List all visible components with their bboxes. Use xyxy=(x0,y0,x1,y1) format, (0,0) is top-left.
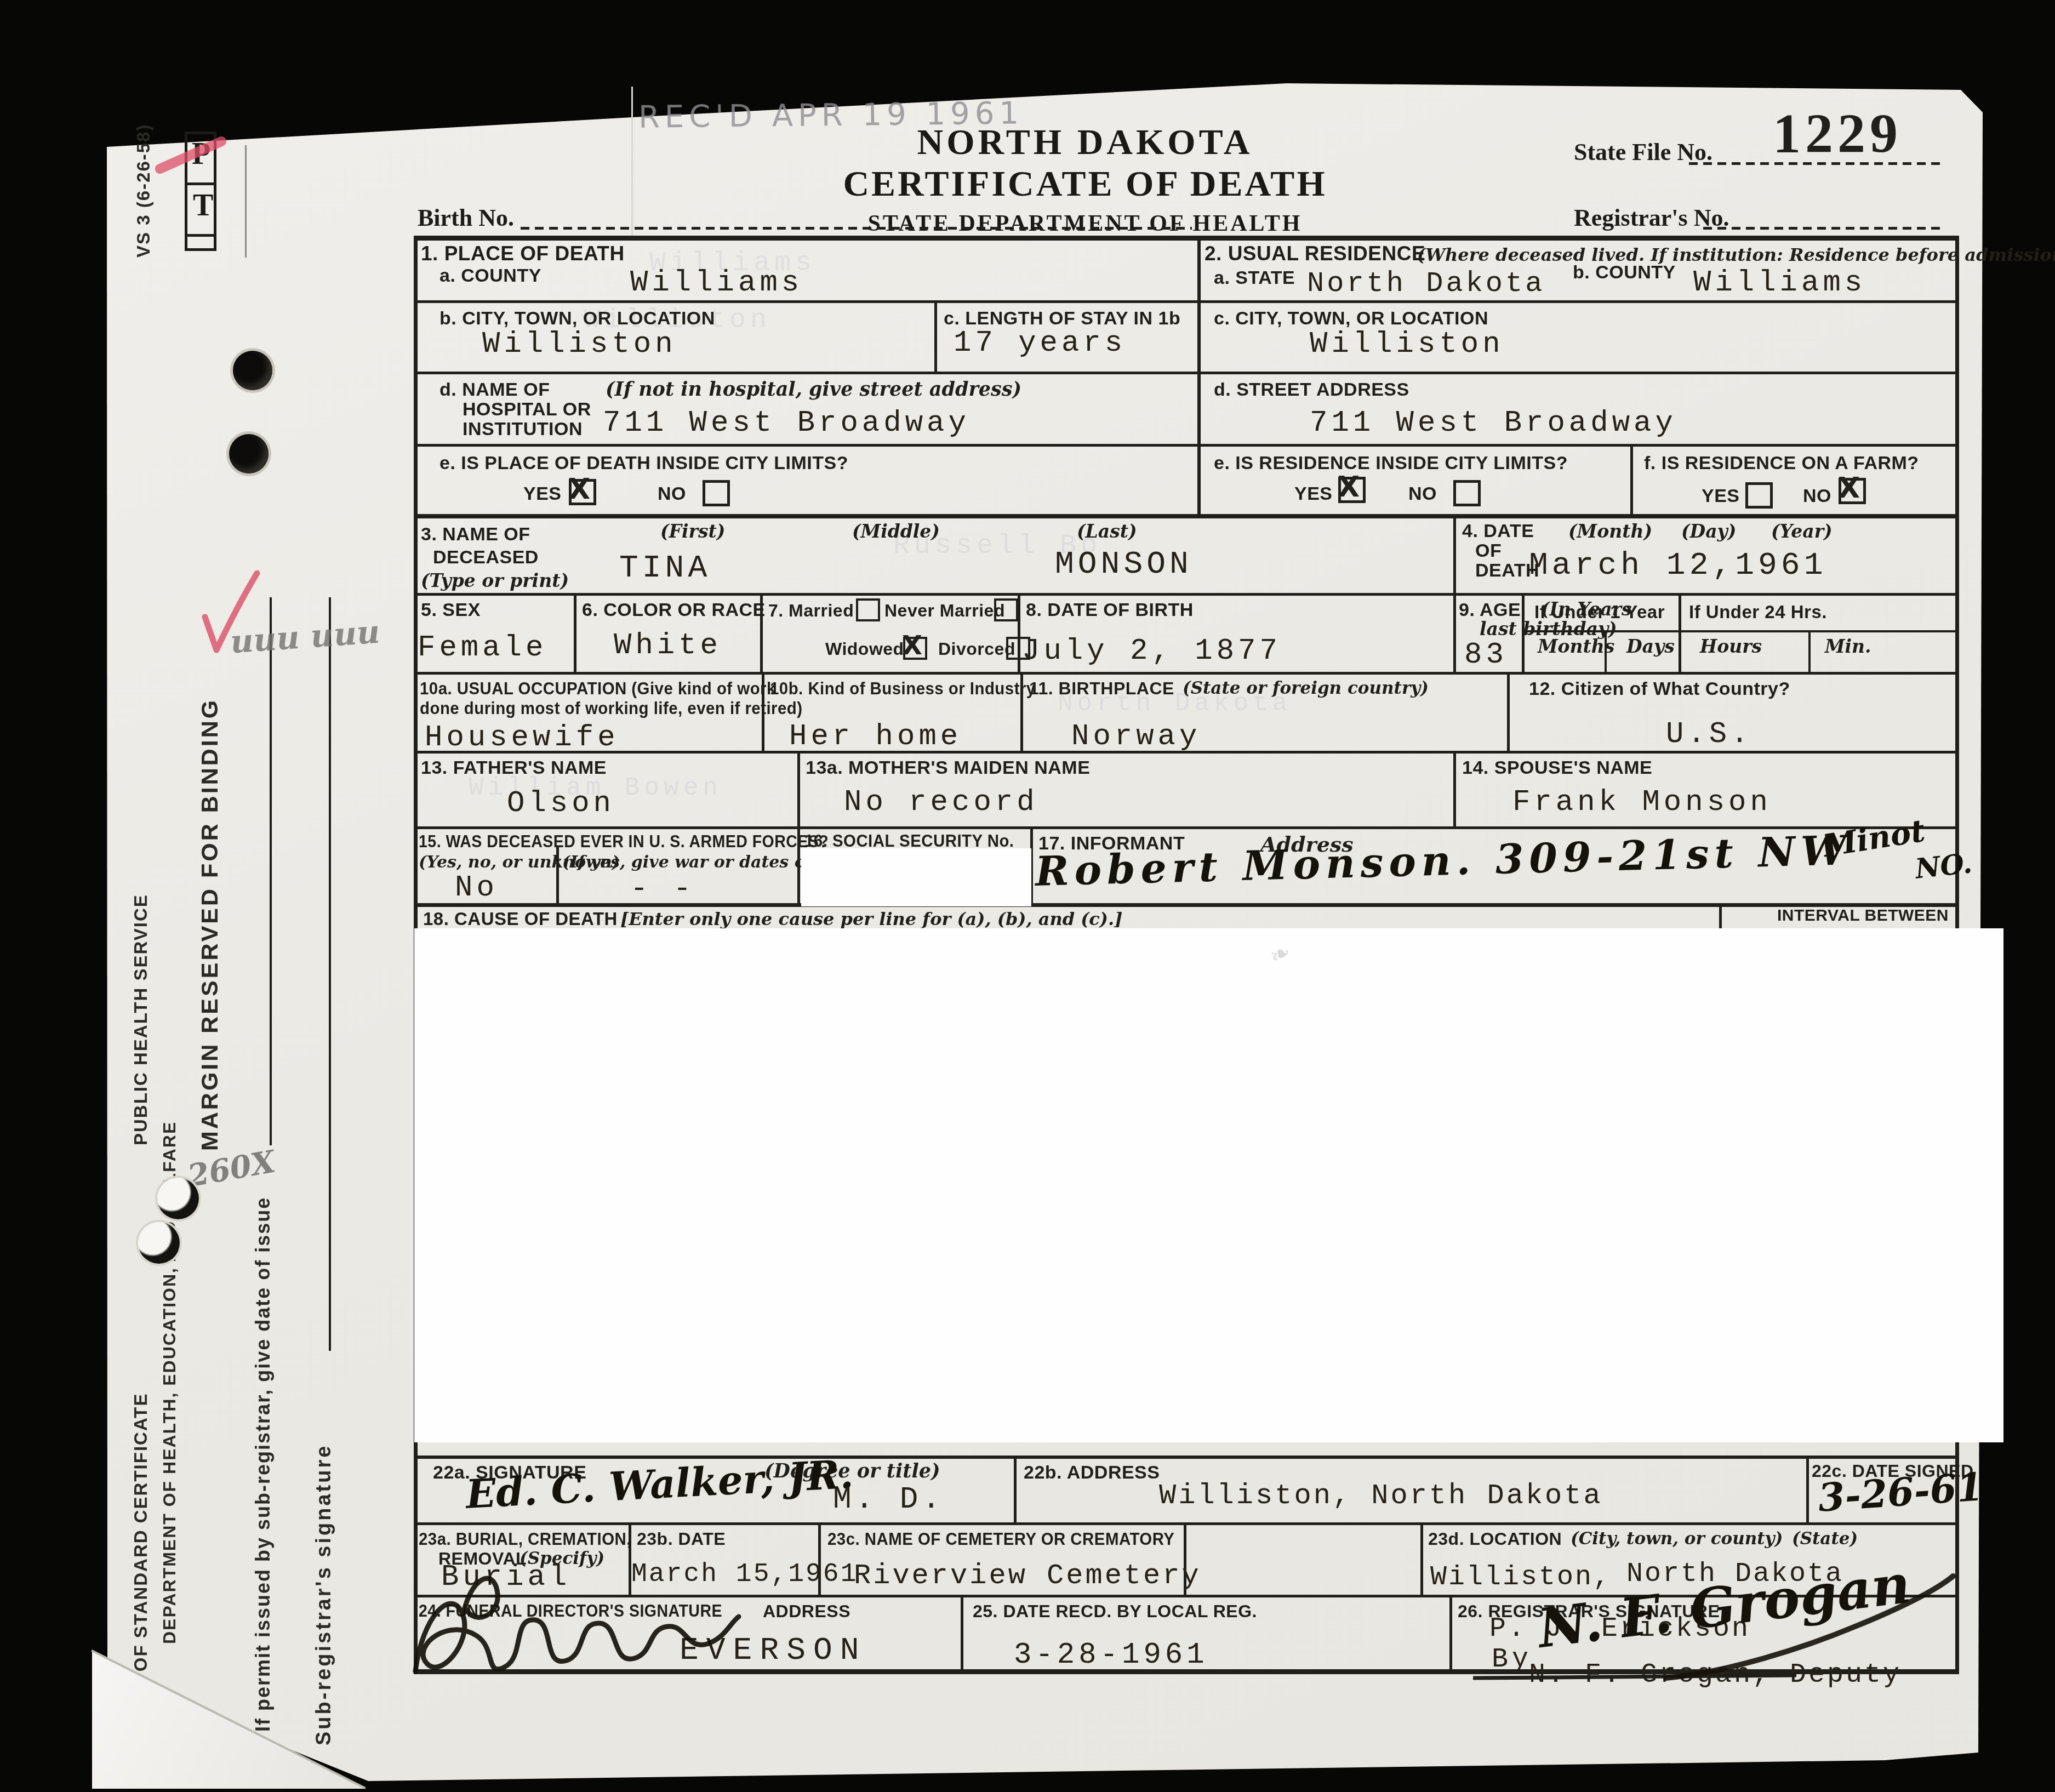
no-label: NO xyxy=(658,483,686,505)
field-value-physician-address: Williston, North Dakota xyxy=(1159,1480,1603,1512)
field-hint: (First) xyxy=(660,521,725,542)
x-mark: X xyxy=(1338,471,1360,504)
field-value-age: 83 xyxy=(1464,638,1508,672)
field-label: Never Married xyxy=(884,601,1005,621)
field-value-degree: M. D. xyxy=(833,1482,944,1517)
field-value-occupation: Housewife xyxy=(425,721,619,755)
field-value-last-name: MONSON xyxy=(1055,547,1192,583)
field-hint: (Day) xyxy=(1681,521,1736,542)
field-label: If Under 24 Hrs. xyxy=(1689,602,1827,623)
field-label: Divorced xyxy=(938,639,1015,659)
punch-hole xyxy=(229,434,269,473)
margin-crease-line xyxy=(245,145,247,258)
pt-stamp-box: P T xyxy=(185,132,216,251)
rule xyxy=(414,236,1958,241)
field-label: 24. FUNERAL DIRECTOR'S SIGNATURE xyxy=(419,1601,722,1621)
field-value-father-name: Olson xyxy=(507,787,615,820)
rule xyxy=(414,444,1958,447)
rule xyxy=(1014,1456,1017,1523)
margin-phs-line: PUBLIC HEALTH SERVICE xyxy=(132,707,150,1145)
field-label: a. COUNTY xyxy=(439,265,541,287)
rule xyxy=(1630,444,1633,518)
scanned-death-certificate: Williams Williston Russell Bo North Dako… xyxy=(0,0,2055,1792)
field-hint: Months xyxy=(1538,636,1614,657)
field-hint: Min. xyxy=(1825,636,1871,657)
field-label: INSTITUTION xyxy=(463,419,583,440)
field-hint: Days xyxy=(1626,636,1675,657)
rule xyxy=(934,300,937,373)
redaction-overlay xyxy=(414,928,2003,1442)
field-label: b. CITY, TOWN, OR LOCATION xyxy=(439,308,715,329)
punch-hole xyxy=(157,1178,199,1219)
field-hint: (Type or print) xyxy=(421,570,569,591)
rule xyxy=(1420,1522,1423,1596)
field-label: 13a. MOTHER'S MAIDEN NAME xyxy=(806,757,1090,779)
field-label: 2. USUAL RESIDENCE xyxy=(1205,242,1425,265)
field-hint: Hours xyxy=(1700,636,1762,657)
rule xyxy=(1719,904,1722,929)
checkbox-farm-no: X xyxy=(1839,478,1866,504)
field-label: HOSPITAL OR xyxy=(463,399,591,420)
pt-stamp-t: T xyxy=(193,188,213,223)
field-value-birthplace: Norway xyxy=(1071,720,1201,754)
field-value-res-city: Williston xyxy=(1310,328,1504,361)
rule xyxy=(414,372,1958,374)
field-hint: [Enter only one cause per line for (a), … xyxy=(620,909,1122,929)
page-title-2: CERTIFICATE OF DEATH xyxy=(795,163,1375,205)
field-label: d. STREET ADDRESS xyxy=(1214,379,1409,401)
checkbox-married xyxy=(856,598,880,621)
field-value-funeral-home: EVERSON xyxy=(680,1633,867,1669)
field-label: 23c. NAME OF CEMETERY OR CREMATORY xyxy=(827,1529,1174,1549)
rule xyxy=(1507,672,1510,752)
field-label: OF xyxy=(1475,540,1502,562)
field-label: 3. NAME OF xyxy=(421,524,530,545)
field-label: e. IS RESIDENCE INSIDE CITY LIMITS? xyxy=(1214,453,1568,474)
field-value-res-county: Williams xyxy=(1693,266,1866,300)
checkbox-farm-yes xyxy=(1745,482,1773,509)
birth-no-label: Birth No. xyxy=(418,204,514,232)
rule xyxy=(414,593,1958,596)
page-subtitle: STATE DEPARTMENT OF HEALTH xyxy=(795,210,1375,237)
pt-stamp-p: P xyxy=(192,136,210,172)
field-value-burial: Burial xyxy=(441,1561,570,1594)
registrar-no-blank xyxy=(1703,227,1944,230)
field-label: 6. COLOR OR RACE xyxy=(582,600,766,621)
field-value-county: Williams xyxy=(630,266,803,300)
field-label: 1. PLACE OF DEATH xyxy=(421,242,625,265)
field-value-race: White xyxy=(614,629,722,663)
rule xyxy=(1197,236,1201,518)
field-label: c. CITY, TOWN, OR LOCATION xyxy=(1214,308,1488,329)
rule xyxy=(414,300,1958,303)
redaction-ssn xyxy=(801,848,1031,906)
field-value-place-address: 711 West Broadway xyxy=(603,407,970,440)
field-value-armed-forces: No xyxy=(455,871,498,905)
field-value-burial-city: Williston, xyxy=(1430,1562,1611,1593)
field-label: 23d. LOCATION xyxy=(1428,1529,1562,1549)
field-hint: (If not in hospital, give street address… xyxy=(606,378,1021,401)
field-value-burial-date: March 15,1961 xyxy=(631,1560,858,1589)
rule xyxy=(414,672,1958,675)
field-label: 22b. ADDRESS xyxy=(1024,1462,1160,1483)
field-value-industry: Her home xyxy=(789,720,962,754)
checkbox-never-married xyxy=(994,598,1018,621)
field-label: e. IS PLACE OF DEATH INSIDE CITY LIMITS? xyxy=(439,453,848,474)
rule xyxy=(797,751,800,827)
checkbox-residence-yes: X xyxy=(1338,477,1366,503)
field-label: d. NAME OF xyxy=(439,379,550,401)
birth-no-blank xyxy=(521,227,1192,230)
margin-permit-line: If permit issued by sub-registrar, give … xyxy=(253,1178,273,1732)
page-title: NORTH DAKOTA xyxy=(795,122,1375,163)
cause-of-death-clipped: 18. CAUSE OF DEATH [Enter only one cause… xyxy=(423,908,1705,929)
checkbox-residence-no xyxy=(1453,480,1481,506)
field-value-spouse-name: Frank Monson xyxy=(1512,786,1772,819)
field-value-length-of-stay: 17 years xyxy=(954,327,1126,360)
checkbox-place-yes: X xyxy=(569,479,596,505)
field-value-first-name: TINA xyxy=(619,551,711,586)
margin-binding-line: MARGIN RESERVED FOR BINDING xyxy=(198,614,222,1151)
field-label: ADDRESS xyxy=(763,1601,850,1622)
subregistrar-blank-line xyxy=(329,597,331,1351)
rule xyxy=(414,1456,1958,1459)
field-label: 25. DATE RECD. BY LOCAL REG. xyxy=(973,1601,1257,1622)
no-label: NO xyxy=(1803,486,1831,507)
field-label: 8. DATE OF BIRTH xyxy=(1026,600,1194,621)
field-hint: (State) xyxy=(1792,1529,1858,1549)
rule xyxy=(186,182,214,185)
yes-label: YES xyxy=(1702,486,1740,507)
field-value-date-of-birth: July 2, 1877 xyxy=(1022,635,1281,668)
field-hint: (City, town, or county) xyxy=(1571,1529,1783,1549)
field-hint: (Year) xyxy=(1771,521,1833,542)
field-label: 15. WAS DECEASED EVER IN U. S. ARMED FOR… xyxy=(419,832,829,852)
paper-crease xyxy=(631,87,633,240)
field-hint: (Middle) xyxy=(852,521,940,542)
margin-form-code: VS 3 (6-26-58) xyxy=(134,112,152,258)
rule xyxy=(1806,1456,1809,1523)
no-label: NO xyxy=(1408,483,1437,505)
field-label: 10b. Kind of Business or Industry xyxy=(770,678,1036,699)
interval-between-label: INTERVAL BETWEEN xyxy=(1777,906,1949,925)
field-value-city: Williston xyxy=(482,328,677,361)
field-label: b. COUNTY xyxy=(1573,262,1676,283)
field-hint: (State or foreign country) xyxy=(1183,678,1429,698)
registrar-by-label: By xyxy=(1492,1644,1532,1675)
rule xyxy=(1449,1595,1452,1671)
field-label: If Under 1 Year xyxy=(1534,602,1665,623)
informant-state-handwritten: NO. xyxy=(1914,847,1973,885)
field-hint: (Month) xyxy=(1568,521,1652,542)
rule xyxy=(1679,593,1681,673)
field-label: 23a. BURIAL, CREMATION, xyxy=(419,1529,631,1549)
punch-hole xyxy=(138,1222,180,1264)
rule xyxy=(186,234,214,237)
field-label: done during most of working life, even i… xyxy=(420,698,803,718)
field-label: 5. SEX xyxy=(421,600,481,621)
rule xyxy=(414,826,1958,829)
rule xyxy=(1808,630,1811,673)
field-label: a. STATE xyxy=(1214,267,1295,289)
x-mark: X xyxy=(1838,472,1860,505)
field-hint: (Where deceased lived. If institution: R… xyxy=(1417,244,2055,265)
field-label: 23b. DATE xyxy=(637,1529,726,1549)
checkbox-widowed: X xyxy=(903,637,927,660)
field-value-citizenship: U.S. xyxy=(1666,718,1753,751)
field-value-sex: Female xyxy=(418,631,547,665)
rule xyxy=(414,514,1958,518)
rule xyxy=(1453,751,1456,827)
rule xyxy=(574,593,576,673)
field-label: 10a. USUAL OCCUPATION (Give kind of work xyxy=(420,678,776,699)
field-label: 14. SPOUSE'S NAME xyxy=(1462,757,1652,779)
field-value-date-received: 3-28-1961 xyxy=(1014,1639,1208,1672)
rule xyxy=(961,1595,963,1671)
field-hint: (Last) xyxy=(1077,521,1137,542)
margin-subregistrar-line: Sub-registrar's signature xyxy=(313,1359,334,1745)
field-label: Widowed xyxy=(825,639,904,659)
x-mark: X xyxy=(902,630,922,661)
checkbox-place-no xyxy=(703,480,730,506)
field-value-date-of-death: March 12,1961 xyxy=(1529,548,1826,584)
field-label: 12. Citizen of What Country? xyxy=(1529,678,1790,700)
field-value-mother-name: No record xyxy=(844,786,1038,819)
permit-blank-line xyxy=(270,597,272,1145)
field-label: f. IS RESIDENCE ON A FARM? xyxy=(1644,453,1919,474)
rule xyxy=(1453,514,1456,673)
x-mark: X xyxy=(568,473,590,506)
field-label: DECEASED xyxy=(433,547,539,568)
field-value-war-dates: - - xyxy=(630,872,695,906)
field-value-state: North Dakota xyxy=(1307,267,1545,300)
field-label: 4. DATE xyxy=(1462,521,1534,542)
yes-label: YES xyxy=(1294,483,1333,505)
field-label: 18. CAUSE OF DEATH xyxy=(423,909,618,929)
field-label: 7. Married xyxy=(768,601,854,621)
punch-hole xyxy=(233,351,272,390)
field-value-res-address: 711 West Broadway xyxy=(1310,407,1677,440)
field-label: 13. FATHER'S NAME xyxy=(421,757,607,779)
state-file-number: 1229 xyxy=(1773,102,1902,166)
field-label: 11. BIRTHPLACE xyxy=(1029,678,1174,699)
field-value-cemetery: Riverview Cemetery xyxy=(854,1560,1201,1592)
yes-label: YES xyxy=(523,483,562,505)
